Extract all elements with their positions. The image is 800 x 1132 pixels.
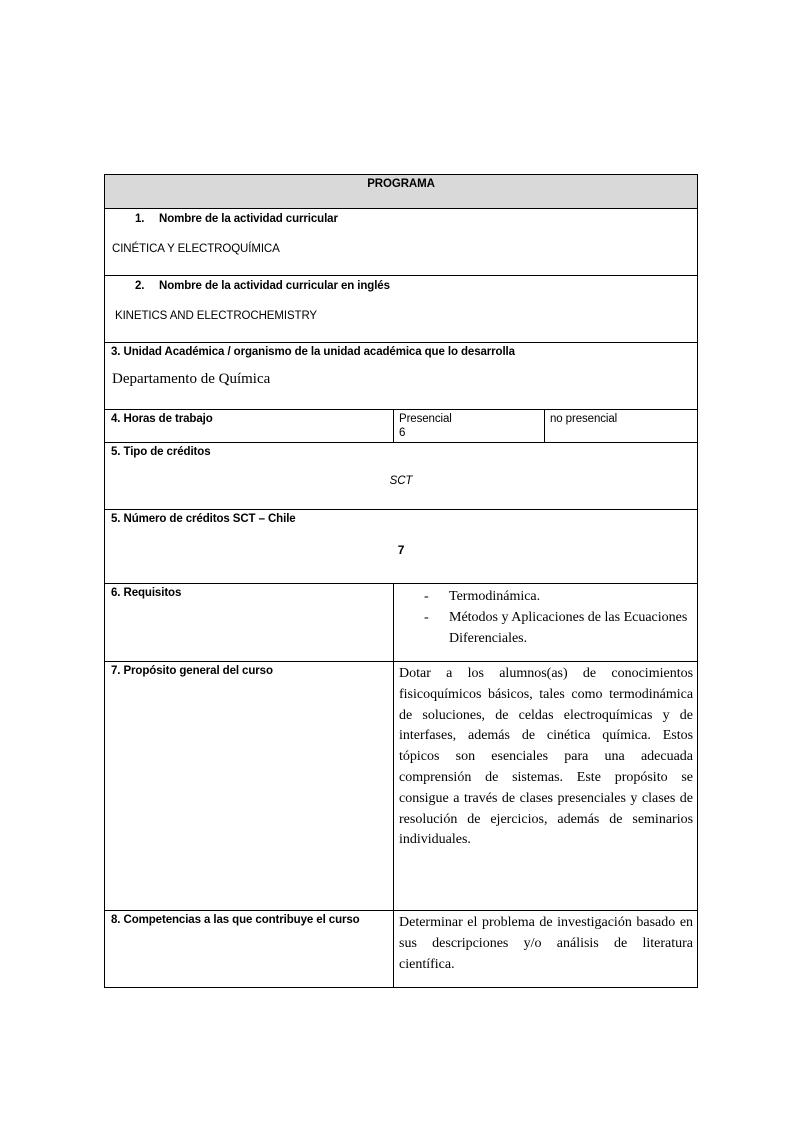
general-purpose-value-cell: Dotar a los alumnos(as) de conocimientos… — [394, 662, 698, 911]
course-name-english-cell: 2.Nombre de la actividad curricular en i… — [105, 276, 698, 343]
requirements-label: 6. Requisitos — [105, 584, 393, 599]
credit-type-cell: 5. Tipo de créditos SCT — [105, 443, 698, 510]
document-page: PROGRAMA 1.Nombre de la actividad curric… — [0, 0, 800, 1132]
credit-type-label: 5. Tipo de créditos — [105, 443, 697, 458]
competencies-label-cell: 8. Competencias a las que contribuye el … — [105, 911, 394, 988]
row-general-purpose: 7. Propósito general del curso Dotar a l… — [105, 662, 698, 911]
row-work-hours: 4. Horas de trabajo Presencial 6 no pres… — [105, 410, 698, 443]
credit-type-value: SCT — [105, 458, 697, 487]
course-name-cell: 1.Nombre de la actividad curricular CINÉ… — [105, 209, 698, 276]
competencies-label: 8. Competencias a las que contribuye el … — [105, 911, 393, 926]
requirements-list: -Termodinámica. -Métodos y Aplicaciones … — [394, 584, 697, 649]
requirements-value-cell: -Termodinámica. -Métodos y Aplicaciones … — [394, 584, 698, 662]
presencial-cell: Presencial 6 — [394, 410, 545, 443]
work-hours-label: 4. Horas de trabajo — [105, 410, 393, 425]
course-name-label: 1.Nombre de la actividad curricular — [105, 209, 697, 225]
row-credit-count: 5. Número de créditos SCT – Chile 7 — [105, 510, 698, 584]
course-name-english-value: KINETICS AND ELECTROCHEMISTRY — [105, 292, 697, 322]
row-credit-type: 5. Tipo de créditos SCT — [105, 443, 698, 510]
row-course-name: 1.Nombre de la actividad curricular CINÉ… — [105, 209, 698, 276]
academic-unit-label: 3. Unidad Académica / organismo de la un… — [105, 343, 697, 358]
program-table: PROGRAMA 1.Nombre de la actividad curric… — [104, 174, 698, 988]
row-requirements: 6. Requisitos -Termodinámica. -Métodos y… — [105, 584, 698, 662]
general-purpose-label: 7. Propósito general del curso — [105, 662, 393, 677]
row-academic-unit: 3. Unidad Académica / organismo de la un… — [105, 343, 698, 410]
credit-count-cell: 5. Número de créditos SCT – Chile 7 — [105, 510, 698, 584]
academic-unit-cell: 3. Unidad Académica / organismo de la un… — [105, 343, 698, 410]
competencies-text: Determinar el problema de investigación … — [394, 911, 697, 975]
work-hours-label-cell: 4. Horas de trabajo — [105, 410, 394, 443]
no-presencial-cell: no presencial — [545, 410, 698, 443]
header-cell: PROGRAMA — [105, 175, 698, 209]
credit-count-value: 7 — [105, 525, 697, 557]
bullet-dash: - — [424, 586, 429, 607]
requirement-item: -Termodinámica. — [424, 586, 697, 607]
section-number: 2. — [135, 280, 159, 292]
competencies-value-cell: Determinar el problema de investigación … — [394, 911, 698, 988]
academic-unit-value: Departamento de Química — [105, 358, 697, 388]
requirements-label-cell: 6. Requisitos — [105, 584, 394, 662]
course-name-english-label: 2.Nombre de la actividad curricular en i… — [105, 276, 697, 292]
credit-count-label: 5. Número de créditos SCT – Chile — [105, 510, 697, 525]
presencial-label: Presencial — [399, 413, 452, 425]
bullet-dash: - — [424, 607, 429, 628]
row-course-name-english: 2.Nombre de la actividad curricular en i… — [105, 276, 698, 343]
general-purpose-label-cell: 7. Propósito general del curso — [105, 662, 394, 911]
header-row: PROGRAMA — [105, 175, 698, 209]
general-purpose-text: Dotar a los alumnos(as) de conocimientos… — [394, 662, 697, 851]
presencial-value: 6 — [399, 427, 405, 439]
table-title: PROGRAMA — [105, 175, 697, 190]
no-presencial-label: no presencial — [545, 410, 697, 426]
course-name-value: CINÉTICA Y ELECTROQUÍMICA — [105, 225, 697, 255]
row-competencies: 8. Competencias a las que contribuye el … — [105, 911, 698, 988]
requirement-item: -Métodos y Aplicaciones de las Ecuacione… — [424, 607, 697, 649]
section-number: 1. — [135, 213, 159, 225]
